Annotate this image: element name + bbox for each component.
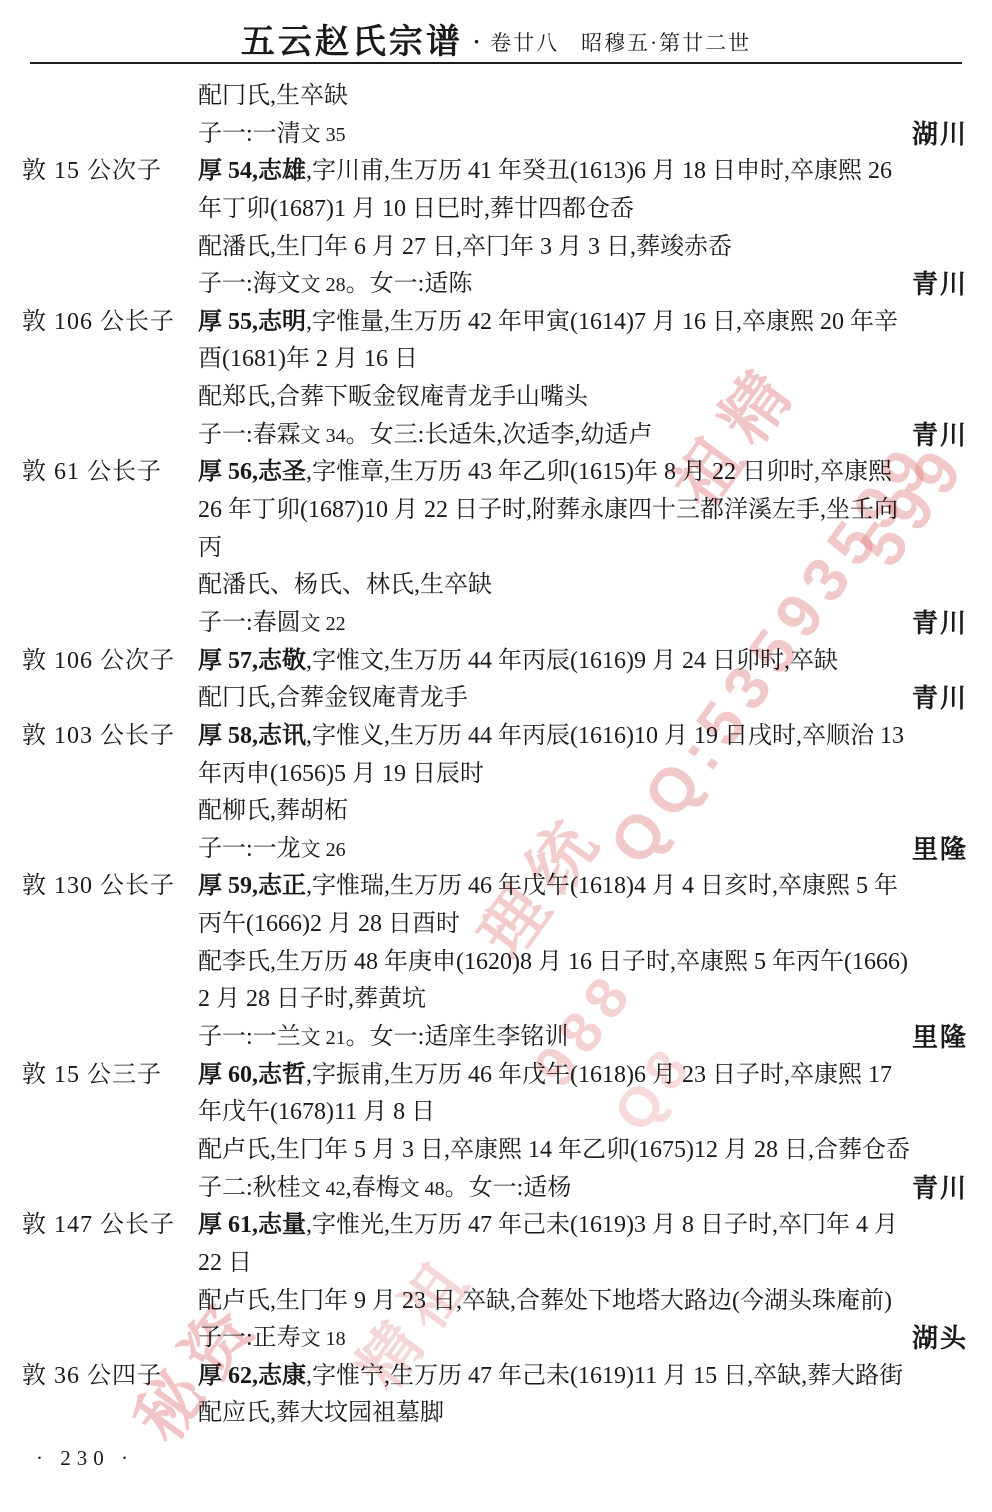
generation-label: 敦 15 公三子 xyxy=(22,1057,162,1095)
section-label: 昭穆五·第廿二世 xyxy=(581,31,751,55)
entry-line: 敦 147 公长子厚 61,志量,字惟光,生万历 47 年己未(1619)3 月… xyxy=(0,1207,992,1245)
volume-label: 卷廿八 xyxy=(490,31,559,55)
entry-line: 子一:一龙文 26里隆 xyxy=(0,831,992,869)
entry-line: 年丁卯(1687)1 月 10 日巳时,葬廿四都仓岙 xyxy=(0,191,992,229)
branch-place-label: 里隆 xyxy=(912,831,968,869)
entry-text: 丙午(1666)2 月 28 日酉时 xyxy=(198,906,972,944)
entry-line: 配卢氏,生冂年 9 月 23 日,卒缺,合葬处下地塔大路边(今湖头珠庵前) xyxy=(0,1283,992,1321)
entry-line: 配应氏,葬大坟园祖墓脚 xyxy=(0,1395,992,1433)
entry-text: 酉(1681)年 2 月 16 日 xyxy=(198,341,972,379)
entry-line: 子一:一兰文 21。女一:适庠生李铭训里隆 xyxy=(0,1019,992,1057)
entry-text: 年丙申(1656)5 月 19 日辰时 xyxy=(198,756,972,794)
entry-line: 配郑氏,合葬下畈金钗庵青龙手山嘴头 xyxy=(0,379,992,417)
entry-text: 厚 55,志明,字惟量,生万历 42 年甲寅(1614)7 月 16 日,卒康熙… xyxy=(198,304,972,342)
entry-line: 配潘氏、杨氏、林氏,生卒缺 xyxy=(0,567,992,605)
entry-line: 敦 36 公四子厚 62,志康,字惟宁,生万历 47 年己未(1619)11 月… xyxy=(0,1358,992,1396)
entry-line: 配李氏,生万历 48 年庚申(1620)8 月 16 日子时,卒康熙 5 年丙午… xyxy=(0,944,992,982)
branch-place-label: 青川 xyxy=(912,417,968,455)
entry-text: 子二:秋桂文 42,春梅文 48。女一:适杨 xyxy=(198,1170,972,1209)
branch-place-label: 青川 xyxy=(912,266,968,304)
entry-line: 敦 15 公次子厚 54,志雄,字川甫,生万历 41 年癸丑(1613)6 月 … xyxy=(0,153,992,191)
entry-line: 敦 106 公次子厚 57,志敬,字惟文,生万历 44 年丙辰(1616)9 月… xyxy=(0,643,992,681)
entry-text: 子一:春圆文 22 xyxy=(198,605,972,644)
generation-label: 敦 130 公长子 xyxy=(22,868,175,906)
generation-label: 敦 15 公次子 xyxy=(22,153,162,191)
entry-text: 子一:海文文 28。女一:适陈 xyxy=(198,266,972,305)
entry-line: 2 月 28 日子时,葬黄坑 xyxy=(0,981,992,1019)
entry-text: 厚 61,志量,字惟光,生万历 47 年己未(1619)3 月 8 日子时,卒冂… xyxy=(198,1207,972,1245)
entry-text: 厚 60,志哲,字振甫,生万历 46 年戊午(1618)6 月 23 日子时,卒… xyxy=(198,1057,972,1095)
entry-line: 子一:一清文 35湖川 xyxy=(0,116,992,154)
entry-text: 配郑氏,合葬下畈金钗庵青龙手山嘴头 xyxy=(198,379,972,417)
entry-line: 配冂氏,生卒缺 xyxy=(0,78,992,116)
entry-line: 22 日 xyxy=(0,1245,992,1283)
branch-place-label: 青川 xyxy=(912,1170,968,1208)
entry-text: 22 日 xyxy=(198,1245,972,1283)
entry-line: 丙午(1666)2 月 28 日酉时 xyxy=(0,906,992,944)
entry-line: 敦 106 公长子厚 55,志明,字惟量,生万历 42 年甲寅(1614)7 月… xyxy=(0,304,992,342)
entry-text: 年戊午(1678)11 月 8 日 xyxy=(198,1094,972,1132)
entry-text: 配应氏,葬大坟园祖墓脚 xyxy=(198,1395,972,1433)
page-header: 五云赵氏宗谱·卷廿八昭穆五·第廿二世 xyxy=(0,14,992,63)
book-title: 五云赵氏宗谱 xyxy=(241,24,463,61)
entry-line: 敦 15 公三子厚 60,志哲,字振甫,生万历 46 年戊午(1618)6 月 … xyxy=(0,1057,992,1095)
entry-text: 子一:一清文 35 xyxy=(198,116,972,155)
entry-text: 年丁卯(1687)1 月 10 日巳时,葬廿四都仓岙 xyxy=(198,191,972,229)
entry-text: 配李氏,生万历 48 年庚申(1620)8 月 16 日子时,卒康熙 5 年丙午… xyxy=(198,944,972,982)
entry-text: 配潘氏,生冂年 6 月 27 日,卒冂年 3 月 3 日,葬竣赤岙 xyxy=(198,229,972,267)
entry-line: 酉(1681)年 2 月 16 日 xyxy=(0,341,992,379)
entry-text: 配柳氏,葬胡柘 xyxy=(198,793,972,831)
entry-line: 配卢氏,生冂年 5 月 3 日,卒康熙 14 年乙卯(1675)12 月 28 … xyxy=(0,1132,992,1170)
entry-text: 子一:一龙文 26 xyxy=(198,831,972,870)
genealogy-page: 五云赵氏宗谱·卷廿八昭穆五·第廿二世 配冂氏,生卒缺子一:一清文 35湖川敦 1… xyxy=(0,0,992,1512)
branch-place-label: 湖头 xyxy=(912,1320,968,1358)
entry-text: 配潘氏、杨氏、林氏,生卒缺 xyxy=(198,567,972,605)
entry-line: 年戊午(1678)11 月 8 日 xyxy=(0,1094,992,1132)
entry-text: 厚 58,志讯,字惟义,生万历 44 年丙辰(1616)10 月 19 日戌时,… xyxy=(198,718,972,756)
entry-text: 配卢氏,生冂年 5 月 3 日,卒康熙 14 年乙卯(1675)12 月 28 … xyxy=(198,1132,972,1170)
entry-line: 子一:正寿文 18湖头 xyxy=(0,1320,992,1358)
entry-line: 年丙申(1656)5 月 19 日辰时 xyxy=(0,756,992,794)
entry-line: 配冂氏,合葬金钗庵青龙手青川 xyxy=(0,680,992,718)
entry-line: 子一:春霖文 34。女三:长适朱,次适李,幼适卢青川 xyxy=(0,417,992,455)
entry-text: 子一:正寿文 18 xyxy=(198,1320,972,1359)
entry-line: 配潘氏,生冂年 6 月 27 日,卒冂年 3 月 3 日,葬竣赤岙 xyxy=(0,229,992,267)
entry-text: 丙 xyxy=(198,530,972,568)
page-number: · 230 · xyxy=(36,1446,134,1471)
entry-text: 26 年丁卯(1687)10 月 22 日子时,附葬永康四十三都洋溪左手,坐壬向 xyxy=(198,492,972,530)
entry-line: 子一:春圆文 22青川 xyxy=(0,605,992,643)
entry-line: 敦 61 公长子厚 56,志圣,字惟章,生万历 43 年乙卯(1615)年 8 … xyxy=(0,454,992,492)
title-separator-dot: · xyxy=(473,29,480,54)
branch-place-label: 青川 xyxy=(912,605,968,643)
entry-text: 子一:春霖文 34。女三:长适朱,次适李,幼适卢 xyxy=(198,417,972,456)
entry-text: 配冂氏,合葬金钗庵青龙手 xyxy=(198,680,972,718)
branch-place-label: 青川 xyxy=(912,680,968,718)
entry-text: 2 月 28 日子时,葬黄坑 xyxy=(198,981,972,1019)
generation-label: 敦 36 公四子 xyxy=(22,1358,162,1396)
branch-place-label: 湖川 xyxy=(912,116,968,154)
entry-text: 厚 62,志康,字惟宁,生万历 47 年己未(1619)11 月 15 日,卒缺… xyxy=(198,1358,972,1396)
entry-line: 敦 103 公长子厚 58,志讯,字惟义,生万历 44 年丙辰(1616)10 … xyxy=(0,718,992,756)
entry-line: 配柳氏,葬胡柘 xyxy=(0,793,992,831)
entry-text: 厚 57,志敬,字惟文,生万历 44 年丙辰(1616)9 月 24 日卯时,卒… xyxy=(198,643,972,681)
entry-text: 厚 56,志圣,字惟章,生万历 43 年乙卯(1615)年 8 月 22 日卯时… xyxy=(198,454,972,492)
branch-place-label: 里隆 xyxy=(912,1019,968,1057)
entry-text: 配冂氏,生卒缺 xyxy=(198,78,972,116)
entry-text: 厚 54,志雄,字川甫,生万历 41 年癸丑(1613)6 月 18 日申时,卒… xyxy=(198,153,972,191)
entry-line: 子一:海文文 28。女一:适陈青川 xyxy=(0,266,992,304)
generation-label: 敦 103 公长子 xyxy=(22,718,175,756)
entry-line: 子二:秋桂文 42,春梅文 48。女一:适杨青川 xyxy=(0,1170,992,1208)
entry-line: 丙 xyxy=(0,530,992,568)
entry-text: 配卢氏,生冂年 9 月 23 日,卒缺,合葬处下地塔大路边(今湖头珠庵前) xyxy=(198,1283,972,1321)
generation-label: 敦 106 公长子 xyxy=(22,304,175,342)
entry-text: 厚 59,志正,字惟瑞,生万历 46 年戊午(1618)4 月 4 日亥时,卒康… xyxy=(198,868,972,906)
generation-label: 敦 147 公长子 xyxy=(22,1207,175,1245)
entries: 配冂氏,生卒缺子一:一清文 35湖川敦 15 公次子厚 54,志雄,字川甫,生万… xyxy=(0,78,992,1433)
entry-line: 敦 130 公长子厚 59,志正,字惟瑞,生万历 46 年戊午(1618)4 月… xyxy=(0,868,992,906)
header-rule-line xyxy=(30,62,962,64)
entry-text: 子一:一兰文 21。女一:适庠生李铭训 xyxy=(198,1019,972,1058)
entry-line: 26 年丁卯(1687)10 月 22 日子时,附葬永康四十三都洋溪左手,坐壬向 xyxy=(0,492,992,530)
generation-label: 敦 106 公次子 xyxy=(22,643,175,681)
generation-label: 敦 61 公长子 xyxy=(22,454,162,492)
